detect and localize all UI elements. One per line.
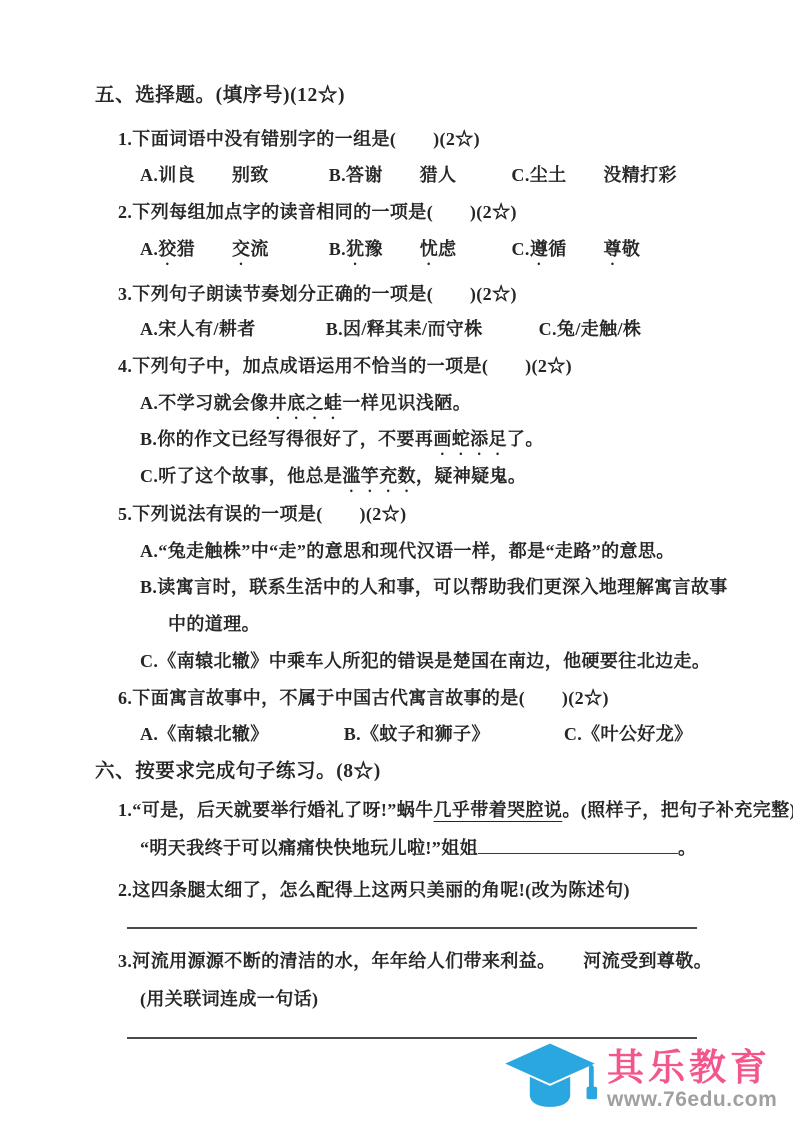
- s5-q5-text: 5.下列说法有误的一项是( )(2☆): [118, 501, 406, 527]
- s5-q1-option-b: B.答谢 猎人: [329, 162, 457, 188]
- exam-paper-page: 五、选择题。(填序号)(12☆) 1.下面词语中没有错别字的一组是( )(2☆)…: [0, 0, 793, 1122]
- s6-q1-line2: “明天我终于可以痛痛快快地玩儿啦!”姐姐。: [140, 835, 696, 861]
- s5-q1-option-c: C.尘土 没精打彩: [511, 162, 677, 188]
- s5-q3-text: 3.下列句子朗读节奏划分正确的一项是( )(2☆): [118, 281, 517, 307]
- section5-title: 五、选择题。(填序号)(12☆): [95, 83, 345, 109]
- s5-q1-text: 1.下面词语中没有错别字的一组是( )(2☆): [118, 126, 480, 152]
- s5-q6-text: 6.下面寓言故事中，不属于中国古代寓言故事的是( )(2☆): [118, 685, 609, 711]
- s5-q4-text: 4.下列句子中，加点成语运用不恰当的一项是( )(2☆): [118, 353, 572, 379]
- logo-website-url: www.76edu.com: [607, 1088, 777, 1112]
- s6-q3-note: (用关联词连成一句话): [140, 986, 318, 1012]
- s5-q6-option-b: B.《蚊子和狮子》: [344, 721, 490, 747]
- s5-q4-option-a: A.不学习就会像井底之蛙一样见识浅陋。: [140, 390, 471, 423]
- s5-q3-option-b: B.因/释其耒/而守株: [326, 316, 483, 342]
- s5-q1-options: A.训良 别致 B.答谢 猎人 C.尘土 没精打彩: [140, 162, 677, 188]
- s5-q5-option-b-line1: B.读寓言时，联系生活中的人和事，可以帮助我们更深入地理解寓言故事: [140, 574, 728, 600]
- s5-q6-options: A.《南辕北辙》 B.《蚊子和狮子》 C.《叶公好龙》: [140, 721, 693, 747]
- logo-brand-name: 其乐教育: [607, 1047, 777, 1088]
- s5-q2-option-b: B.犹豫 忧虑: [329, 236, 457, 269]
- section6-title: 六、按要求完成句子练习。(8☆): [95, 759, 381, 785]
- s5-q2-text: 2.下列每组加点字的读音相同的一项是( )(2☆): [118, 199, 517, 225]
- s5-q2-options: A.狡猎 交流 B.犹豫 忧虑 C.遵循 尊敬: [140, 236, 640, 269]
- s6-q2-text: 2.这四条腿太细了，怎么配得上这两只美丽的角呢!(改为陈述句): [118, 877, 630, 903]
- s6-q2-answer-line: [127, 927, 697, 929]
- s6-q3-answer-line: [127, 1037, 697, 1039]
- s5-q4-option-c: C.听了这个故事，他总是滥竽充数，疑神疑鬼。: [140, 463, 526, 496]
- footer-logo: 其乐教育 www.76edu.com: [500, 1041, 777, 1117]
- s5-q4-option-b: B.你的作文已经写得很好了，不要再画蛇添足了。: [140, 426, 544, 459]
- s5-q2-option-c: C.遵循 尊敬: [512, 236, 641, 269]
- s5-q5-option-b-line2: 中的道理。: [168, 611, 260, 637]
- s5-q3-options: A.宋人有/耕者 B.因/释其耒/而守株 C.兔/走触/株: [140, 316, 641, 342]
- s6-q3-text: 3.河流用源源不断的清洁的水，年年给人们带来利益。 河流受到尊敬。: [118, 948, 712, 974]
- s5-q6-option-a: A.《南辕北辙》: [140, 721, 269, 747]
- graduation-cap-icon: [500, 1041, 600, 1117]
- logo-text-block: 其乐教育 www.76edu.com: [607, 1047, 777, 1112]
- s5-q5-option-c: C.《南辕北辙》中乘车人所犯的错误是楚国在南边，他硬要往北边走。: [140, 648, 710, 674]
- s5-q3-option-c: C.兔/走触/株: [539, 316, 642, 342]
- s5-q5-option-a: A.“兔走触株”中“走”的意思和现代汉语一样，都是“走路”的意思。: [140, 538, 675, 564]
- s5-q6-option-c: C.《叶公好龙》: [564, 721, 693, 747]
- s5-q2-option-a: A.狡猎 交流: [140, 236, 269, 269]
- s6-q1-line1: 1.“可是，后天就要举行婚礼了呀!”蜗牛几乎带着哭腔说。(照样子，把句子补充完整…: [118, 797, 793, 823]
- s5-q3-option-a: A.宋人有/耕者: [140, 316, 256, 342]
- s5-q1-option-a: A.训良 别致: [140, 162, 269, 188]
